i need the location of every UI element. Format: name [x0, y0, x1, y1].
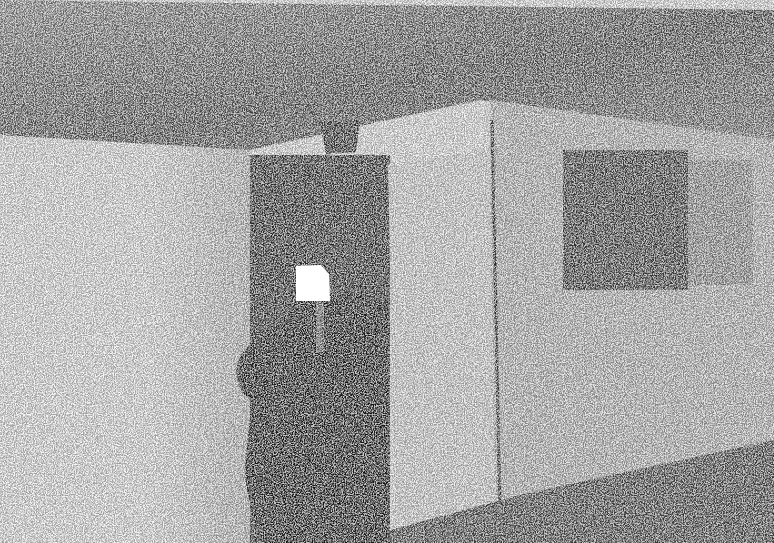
left-wall	[0, 120, 250, 543]
face-redaction	[296, 265, 330, 301]
photograph: Grainy black-and-white photocopied photo…	[0, 0, 774, 543]
shirt-collar	[316, 302, 324, 352]
door-panel	[388, 148, 495, 525]
window-side-pane	[688, 160, 753, 285]
window	[563, 150, 688, 290]
light-fixture	[320, 120, 360, 154]
photo-canvas	[0, 0, 774, 543]
